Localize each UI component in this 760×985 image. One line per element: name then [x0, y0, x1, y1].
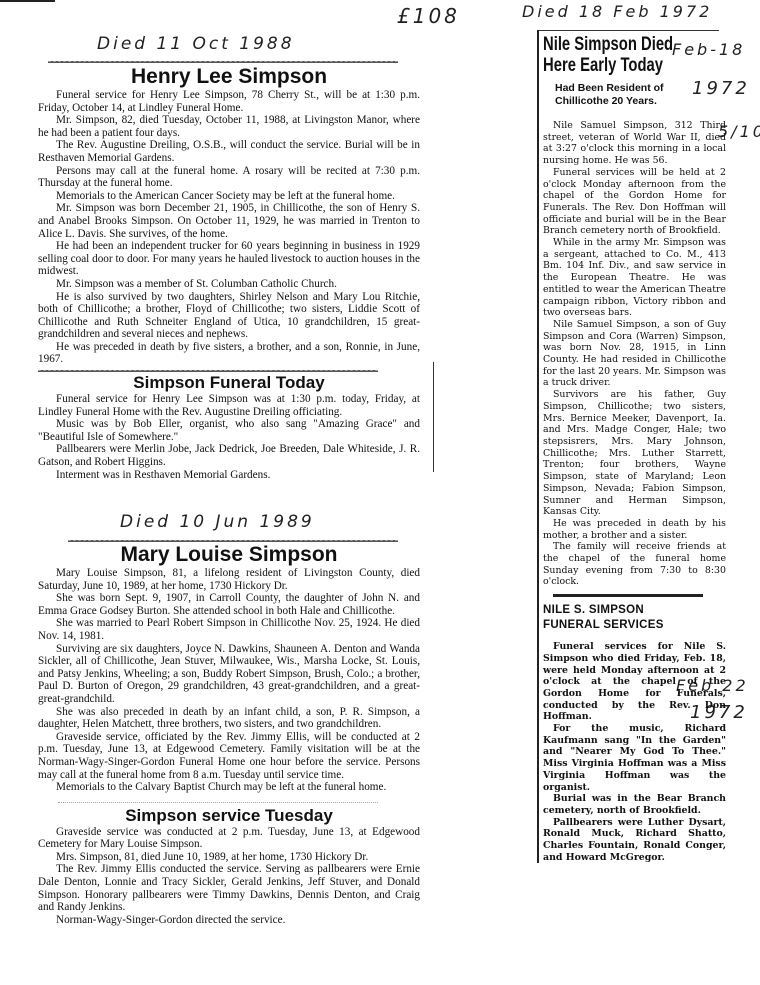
henry-funeral-body: Funeral service for Henry Lee Simpson wa…	[38, 393, 420, 481]
divider	[539, 30, 719, 31]
paragraph: Funeral services for Nile S. Simpson who…	[543, 641, 726, 723]
paragraph: Mr. Simpson was a member of St. Columban…	[38, 278, 420, 291]
nile-obit-body: Nile Samuel Simpson, 312 Third street, v…	[543, 120, 726, 588]
henry-funeral-title: Simpson Funeral Today	[38, 373, 420, 393]
paragraph: Persons may call at the funeral home. A …	[38, 165, 420, 190]
paragraph: Nile Samuel Simpson, a son of Guy Simpso…	[543, 319, 726, 389]
henry-obit-title: Henry Lee Simpson	[38, 65, 420, 89]
paragraph: She was married to Pearl Robert Simpson …	[38, 617, 420, 642]
paragraph: The Rev. Augustine Dreiling, O.S.B., wil…	[38, 139, 420, 164]
left-column: Henry Lee Simpson Funeral service for He…	[38, 61, 420, 481]
paragraph: Memorials to the American Cancer Society…	[38, 190, 420, 203]
paragraph: Funeral service for Henry Lee Simpson wa…	[38, 393, 420, 418]
paragraph: Mr. Simpson was born December 21, 1905, …	[38, 202, 420, 240]
paragraph: Interment was in Resthaven Memorial Gard…	[38, 469, 420, 482]
divider	[68, 540, 398, 542]
column-rule	[433, 362, 434, 472]
paragraph: Pallbearers were Luther Dysart, Ronald M…	[543, 817, 726, 864]
mary-obit-title: Mary Louise Simpson	[38, 543, 420, 567]
nile-funeral-body: Funeral services for Nile S. Simpson who…	[543, 641, 726, 863]
nile-funeral-title-line-1: NILE S. SIMPSON	[543, 603, 726, 618]
paragraph: Memorials to the Calvary Baptist Church …	[38, 781, 420, 794]
paragraph: Burial was in the Bear Branch cemetery, …	[543, 793, 726, 816]
paragraph: He was preceded in death by his mother, …	[543, 518, 726, 541]
divider	[38, 370, 378, 372]
handwritten-henry-death-date: Died 11 Oct 1988	[97, 34, 295, 54]
paragraph: Surviving are six daughters, Joyce N. Da…	[38, 643, 420, 706]
left-column-lower: Mary Louise Simpson Mary Louise Simpson,…	[38, 540, 420, 926]
clipping-edge-mark	[0, 0, 55, 2]
paragraph: Nile Samuel Simpson, 312 Third street, v…	[543, 120, 726, 167]
divider	[48, 61, 398, 63]
divider	[553, 594, 703, 597]
paragraph: He had been an independent trucker for 6…	[38, 240, 420, 278]
divider	[58, 802, 378, 804]
paragraph: Norman-Wagy-Singer-Gordon directed the s…	[38, 914, 420, 927]
nile-obit-subtitle-line-1: Had Been Resident of	[555, 82, 726, 95]
nile-funeral-title-line-2: FUNERAL SERVICES	[543, 618, 726, 633]
paragraph: Survivors are his father, Guy Simpson, C…	[543, 389, 726, 518]
paragraph: He is also survived by two daughters, Sh…	[38, 291, 420, 341]
paragraph: While in the army Mr. Simpson was a serg…	[543, 237, 726, 319]
nile-obit-title-line-1: Nile Simpson Died	[543, 34, 686, 55]
handwritten-nile-death-date: Died 18 Feb 1972	[522, 2, 712, 21]
paragraph: Pallbearers were Merlin Jobe, Jack Dedri…	[38, 443, 420, 468]
paragraph: Funeral services will be held at 2 o'clo…	[543, 167, 726, 237]
paragraph: Graveside service, officiated by the Rev…	[38, 731, 420, 781]
nile-obit-title-line-2: Here Early Today	[543, 55, 686, 76]
paragraph: She was also preceded in death by an inf…	[38, 706, 420, 731]
handwritten-page-number: £108	[397, 4, 460, 28]
paragraph: Music was by Bob Eller, organist, who al…	[38, 418, 420, 443]
mary-service-body: Graveside service was conducted at 2 p.m…	[38, 826, 420, 927]
paragraph: The family will receive friends at the c…	[543, 541, 726, 588]
paragraph: Funeral service for Henry Lee Simpson, 7…	[38, 89, 420, 114]
paragraph: She was born Sept. 9, 1907, in Carroll C…	[38, 592, 420, 617]
mary-service-title: Simpson service Tuesday	[38, 806, 420, 826]
paragraph: Graveside service was conducted at 2 p.m…	[38, 826, 420, 851]
right-column: Nile Simpson Died Here Early Today Had B…	[537, 30, 726, 863]
handwritten-mary-death-date: Died 10 Jun 1989	[120, 512, 315, 532]
paragraph: Mr. Simpson, 82, died Tuesday, October 1…	[38, 114, 420, 139]
nile-obit-subtitle-line-2: Chillicothe 20 Years.	[555, 95, 726, 108]
paragraph: Mary Louise Simpson, 81, a lifelong resi…	[38, 567, 420, 592]
paragraph: He was preceded in death by five sisters…	[38, 341, 420, 366]
henry-obit-body: Funeral service for Henry Lee Simpson, 7…	[38, 89, 420, 366]
mary-obit-body: Mary Louise Simpson, 81, a lifelong resi…	[38, 567, 420, 794]
paragraph: The Rev. Jimmy Ellis conducted the servi…	[38, 863, 420, 913]
paragraph: Mrs. Simpson, 81, died June 10, 1989, at…	[38, 851, 420, 864]
paragraph: For the music, Richard Kaufmann sang "In…	[543, 723, 726, 793]
